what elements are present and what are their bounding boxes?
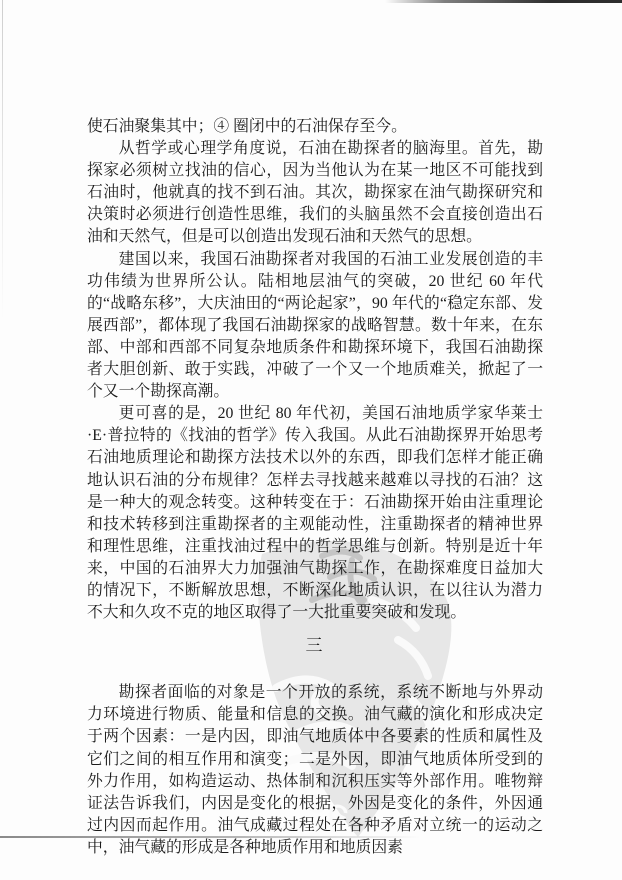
paragraph: 更可喜的是，20 世纪 80 年代初，美国石油地质学家华莱士·E·普拉特的《找油… <box>87 403 543 624</box>
paragraph: 从哲学或心理学角度说，石油在勘探者的脑海里。首先，勘探家必须树立找油的信心，因为… <box>87 138 543 248</box>
paragraph-continuation: 使石油聚集其中；④ 圈闭中的石油保存至今。 <box>87 116 543 138</box>
scan-artifact-bottom-line <box>0 836 420 838</box>
paragraph: 勘探者面临的对象是一个开放的系统，系统不断地与外界动力环境进行物质、能量和信息的… <box>87 682 543 859</box>
paragraph: 建国以来，我国石油勘探者对我国的石油工业发展创造的丰功伟绩为世界所公认。陆相地层… <box>87 249 543 404</box>
scanned-book-page: PDG 使石油聚集其中；④ 圈闭中的石油保存至今。 从哲学或心理学角度说，石油在… <box>0 0 622 880</box>
section-heading: 三 <box>87 635 543 657</box>
page-text-column: 使石油聚集其中；④ 圈闭中的石油保存至今。 从哲学或心理学角度说，石油在勘探者的… <box>87 116 543 859</box>
scan-artifact-left-edge-line <box>2 0 3 320</box>
scan-artifact-top-edge-line <box>385 0 622 3</box>
